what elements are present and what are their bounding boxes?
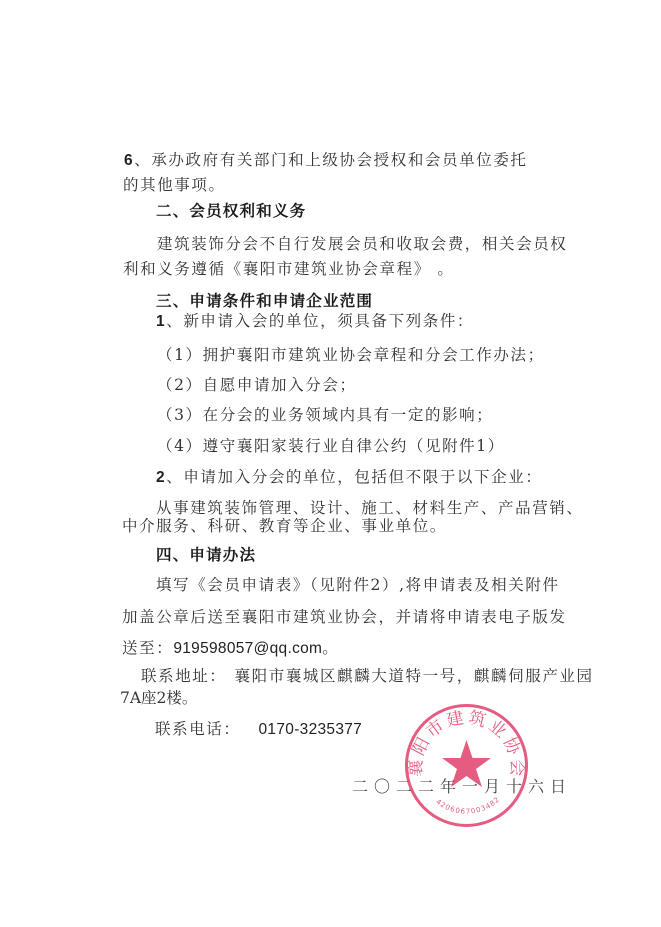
address-line2: 7A座2楼。: [120, 688, 197, 708]
section-4-para-line1: 填写《会员申请表》（见附件2）,将申请表及相关附件: [156, 575, 560, 595]
condition-4: （4）遵守襄阳家装行业自律公约（见附件1）: [157, 436, 505, 456]
section-2-heading: 二、会员权利和义务: [156, 201, 306, 221]
scope-line1: 从事建筑装饰管理、设计、施工、材料生产、产品营销、: [156, 498, 584, 518]
section-3-item-1: 1、新申请入会的单位，须具备下列条件：: [156, 311, 474, 332]
period: 。: [322, 639, 339, 657]
condition-3: （3）在分会的业务领域内具有一定的影响；: [157, 405, 493, 425]
item-6-line2: 的其他事项。: [123, 175, 226, 195]
section-4-para-line3: 送至：919598057@qq.com。: [122, 638, 339, 659]
section-4-heading: 四、申请办法: [156, 545, 256, 565]
address-label: 联系地址：: [141, 667, 227, 685]
phone-line: 联系电话：0170-3235377: [155, 719, 362, 740]
phone-number: 0170-3235377: [259, 721, 363, 738]
section-2-para-line1: 建筑装饰分会不自行发展会员和收取会费，相关会员权: [157, 234, 567, 254]
section-2-para-line2: 利和义务遵循《襄阳市建筑业协会章程》 。: [123, 259, 454, 279]
item-text: 、承办政府有关部门和上级协会授权和会员单位委托: [134, 151, 527, 169]
item-text: 、新申请入会的单位，须具备下列条件：: [166, 312, 474, 330]
address-line1: 联系地址：襄阳市襄城区麒麟大道特一号，麒麟伺服产业园: [141, 666, 594, 686]
section-3-heading: 三、申请条件和申请企业范围: [156, 291, 373, 311]
condition-2: （2）自愿申请加入分会；: [157, 375, 357, 395]
scope-line2: 中介服务、科研、教育等企业、事业单位。: [122, 516, 447, 536]
address-value: 襄阳市襄城区麒麟大道特一号，麒麟伺服产业园: [235, 667, 594, 685]
seal-icon: 襄阳市建筑业协会 4206067003482: [403, 702, 530, 829]
send-to-label: 送至：: [122, 639, 173, 657]
item-number: 1: [156, 313, 166, 330]
item-number: 2: [156, 469, 166, 486]
item-number: 6: [124, 152, 134, 169]
section-4-para-line2: 加盖公章后送至襄阳市建筑业协会，并请将申请表电子版发: [122, 607, 567, 627]
condition-1: （1）拥护襄阳市建筑业协会章程和分会工作办法；: [157, 345, 545, 365]
item-6-line1: 6、承办政府有关部门和上级协会授权和会员单位委托: [124, 150, 528, 171]
phone-label: 联系电话：: [155, 720, 241, 738]
email-address: 919598057@qq.com: [173, 640, 322, 657]
official-seal: 襄阳市建筑业协会 4206067003482: [403, 702, 530, 829]
section-3-item-2: 2、申请加入分会的单位，包括但不限于以下企业：: [156, 467, 542, 488]
item-text: 、申请加入分会的单位，包括但不限于以下企业：: [166, 468, 542, 486]
svg-text:4206067003482: 4206067003482: [434, 795, 501, 816]
